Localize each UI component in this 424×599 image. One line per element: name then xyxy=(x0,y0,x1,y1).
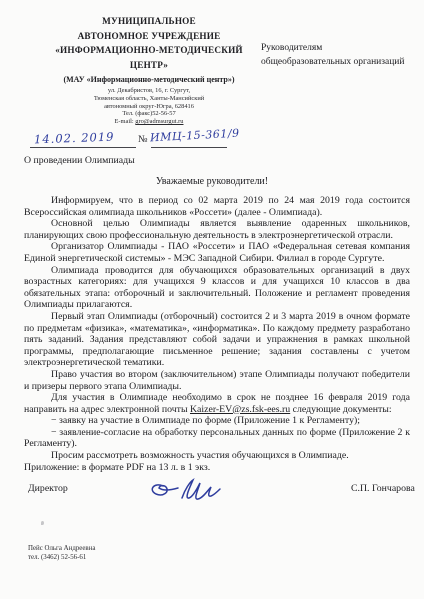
recipient-line: общеобразовательных организаций xyxy=(261,55,404,69)
body-paragraph: Организатор Олимпиады - ПАО «Россети» и … xyxy=(24,241,410,264)
org-short-name: (МАУ «Информационно-методический центр») xyxy=(28,75,270,85)
email-paragraph-after: следующие документы: xyxy=(290,404,391,415)
executor-phone: тел. (3462) 52-56-61 xyxy=(28,553,95,562)
signature-ink xyxy=(146,476,238,508)
org-email: gro@admsurgut.ru xyxy=(135,118,183,125)
org-name-line: МУНИЦИПАЛЬНОЕ xyxy=(28,14,270,29)
subject-line: О проведении Олимпиады xyxy=(24,155,135,166)
scanned-letter-page: { "document": { "letterhead": { "org_nam… xyxy=(0,0,424,599)
letter-body: Информируем, что в период со 02 марта 20… xyxy=(24,195,410,473)
executor-name: Пейс Ольга Андреевна xyxy=(28,544,95,553)
attachment-line: Приложение: в формате PDF на 13 л. в 1 э… xyxy=(24,462,410,474)
number-sign: № xyxy=(138,134,148,145)
handwritten-date: 14.02. 2019 xyxy=(34,130,115,147)
body-paragraph: Право участия во втором (заключительном)… xyxy=(24,369,410,392)
recipient-block: Руководителям общеобразовательных органи… xyxy=(261,41,404,69)
org-address: ул. Декабристов, 16, г. Сургут, Тюменска… xyxy=(28,87,270,126)
body-paragraph: Информируем, что в период со 02 марта 20… xyxy=(24,195,410,218)
body-paragraph: Первый этап Олимпиады (отборочный) состо… xyxy=(24,311,410,369)
list-item: − заявку на участие в Олимпиаде по форме… xyxy=(24,415,410,427)
address-line: ул. Декабристов, 16, г. Сургут, xyxy=(28,87,270,95)
address-line: автономный округ-Югра, 628416 xyxy=(28,103,270,111)
executor-block: Пейс Ольга Андреевна тел. (3462) 52-56-6… xyxy=(28,544,95,563)
scan-artifact xyxy=(41,521,44,525)
number-underline xyxy=(151,147,227,148)
letterhead: МУНИЦИПАЛЬНОЕ АВТОНОМНОЕ УЧРЕЖДЕНИЕ «ИНФ… xyxy=(28,14,270,126)
closing-paragraph: Просим рассмотреть возможность участия о… xyxy=(24,450,410,462)
list-item: − заявление-согласие на обработку персон… xyxy=(24,427,410,450)
date-underline xyxy=(30,147,136,148)
org-name-line: «ИНФОРМАЦИОННО-МЕТОДИЧЕСКИЙ xyxy=(28,43,270,58)
org-name-line: АВТОНОМНОЕ УЧРЕЖДЕНИЕ xyxy=(28,29,270,44)
salutation: Уважаемые руководители! xyxy=(0,176,424,187)
email-line: E-mail: gro@admsurgut.ru xyxy=(28,118,270,126)
handwritten-number: ИМЦ-15-361/9 xyxy=(150,127,240,145)
body-paragraph-with-email: Для участия в Олимпиаде необходимо в сро… xyxy=(24,392,410,415)
body-paragraph: Основной целью Олимпиады является выявле… xyxy=(24,218,410,241)
phone-line: Тел. (факс)52-56-57 xyxy=(28,110,270,118)
address-line: Тюменская область, Ханты-Мансийский xyxy=(28,95,270,103)
recipient-line: Руководителям xyxy=(261,41,404,55)
org-name-line: ЦЕНТР» xyxy=(28,58,270,73)
body-paragraph: Олимпиада проводится для обучающихся обр… xyxy=(24,265,410,311)
email-label: E-mail: xyxy=(115,118,134,125)
contact-email: Kaizer-EV@zs.fsk-ees.ru xyxy=(190,404,290,415)
signer-title: Директор xyxy=(28,483,68,494)
signer-name: С.П. Гончарова xyxy=(351,483,415,494)
